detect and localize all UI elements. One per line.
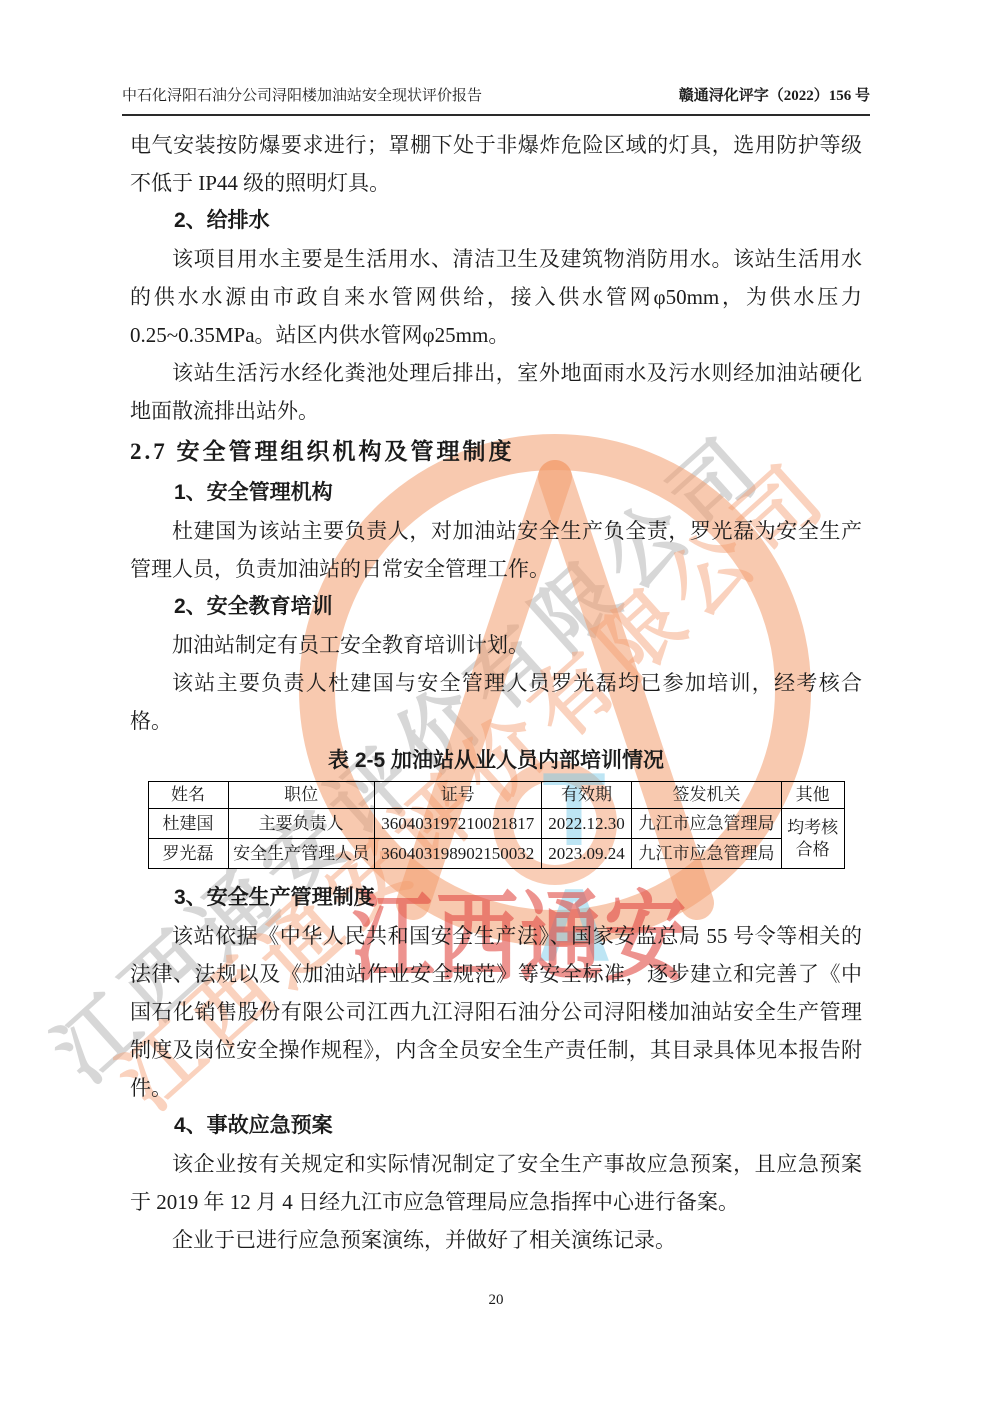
cell-cert: 360403198902150032	[374, 839, 541, 869]
paragraph: 电气安装按防爆要求进行；罩棚下处于非爆炸危险区域的灯具，选用防护等级不低于 IP…	[130, 126, 862, 202]
table-row: 罗光磊 安全生产管理人员 360403198902150032 2023.09.…	[148, 839, 844, 869]
cell-other-merged: 均考核合格	[781, 809, 844, 869]
document-body: 电气安装按防爆要求进行；罩棚下处于非爆炸危险区域的灯具，选用防护等级不低于 IP…	[130, 126, 862, 1259]
paragraph: 该站主要负责人杜建国与安全管理人员罗光磊均已参加培训，经考核合格。	[130, 664, 862, 740]
cell-cert: 360403197210021817	[374, 809, 541, 839]
paragraph: 该站生活污水经化粪池处理后排出，室外地面雨水及污水则经加油站硬化地面散流排出站外…	[130, 354, 862, 430]
col-header-title: 职位	[228, 782, 374, 809]
paragraph: 杜建国为该站主要负责人，对加油站安全生产负全责，罗光磊为安全生产管理人员，负责加…	[130, 512, 862, 588]
heading-safety-training: 2、安全教育培训	[130, 588, 862, 626]
paragraph: 企业于已进行应急预案演练，并做好了相关演练记录。	[130, 1221, 862, 1259]
paragraph: 该项目用水主要是生活用水、清洁卫生及建筑物消防用水。该站生活用水的供水水源由市政…	[130, 240, 862, 354]
col-header-other: 其他	[781, 782, 844, 809]
col-header-valid: 有效期	[541, 782, 631, 809]
heading-water-supply: 2、给排水	[130, 202, 862, 240]
heading-section-2-7: 2.7 安全管理组织机构及管理制度	[130, 433, 862, 471]
heading-safety-org: 1、安全管理机构	[130, 474, 862, 512]
table-row: 杜建国 主要负责人 360403197210021817 2022.12.30 …	[148, 809, 844, 839]
cell-name: 杜建国	[148, 809, 228, 839]
table-caption: 表 2-5 加油站从业人员内部培训情况	[130, 742, 862, 780]
document-number-header: 赣通浔化评字（2022）156 号	[679, 86, 870, 107]
col-header-cert: 证号	[374, 782, 541, 809]
paragraph: 加油站制定有员工安全教育培训计划。	[130, 626, 862, 664]
heading-safety-rules: 3、安全生产管理制度	[130, 879, 862, 917]
cell-issuer: 九江市应急管理局	[632, 809, 782, 839]
page-header: 中石化浔阳石油分公司浔阳楼加油站安全现状评价报告 赣通浔化评字（2022）156…	[122, 86, 870, 116]
heading-emergency-plan: 4、事故应急预案	[130, 1107, 862, 1145]
cell-title: 主要负责人	[228, 809, 374, 839]
cell-valid: 2022.12.30	[541, 809, 631, 839]
col-header-issuer: 签发机关	[632, 782, 782, 809]
cell-title: 安全生产管理人员	[228, 839, 374, 869]
report-title-header: 中石化浔阳石油分公司浔阳楼加油站安全现状评价报告	[122, 86, 482, 107]
table-header-row: 姓名 职位 证号 有效期 签发机关 其他	[148, 782, 844, 809]
col-header-name: 姓名	[148, 782, 228, 809]
paragraph: 该站依据《中华人民共和国安全生产法》、国家安监总局 55 号令等相关的法律、法规…	[130, 917, 862, 1107]
cell-valid: 2023.09.24	[541, 839, 631, 869]
training-table: 姓名 职位 证号 有效期 签发机关 其他 杜建国 主要负责人 360403197…	[148, 781, 845, 869]
page-number: 20	[489, 1292, 504, 1308]
page-footer: 20	[0, 1292, 992, 1309]
cell-issuer: 九江市应急管理局	[632, 839, 782, 869]
paragraph: 该企业按有关规定和实际情况制定了安全生产事故应急预案，且应急预案于 2019 年…	[130, 1145, 862, 1221]
cell-name: 罗光磊	[148, 839, 228, 869]
